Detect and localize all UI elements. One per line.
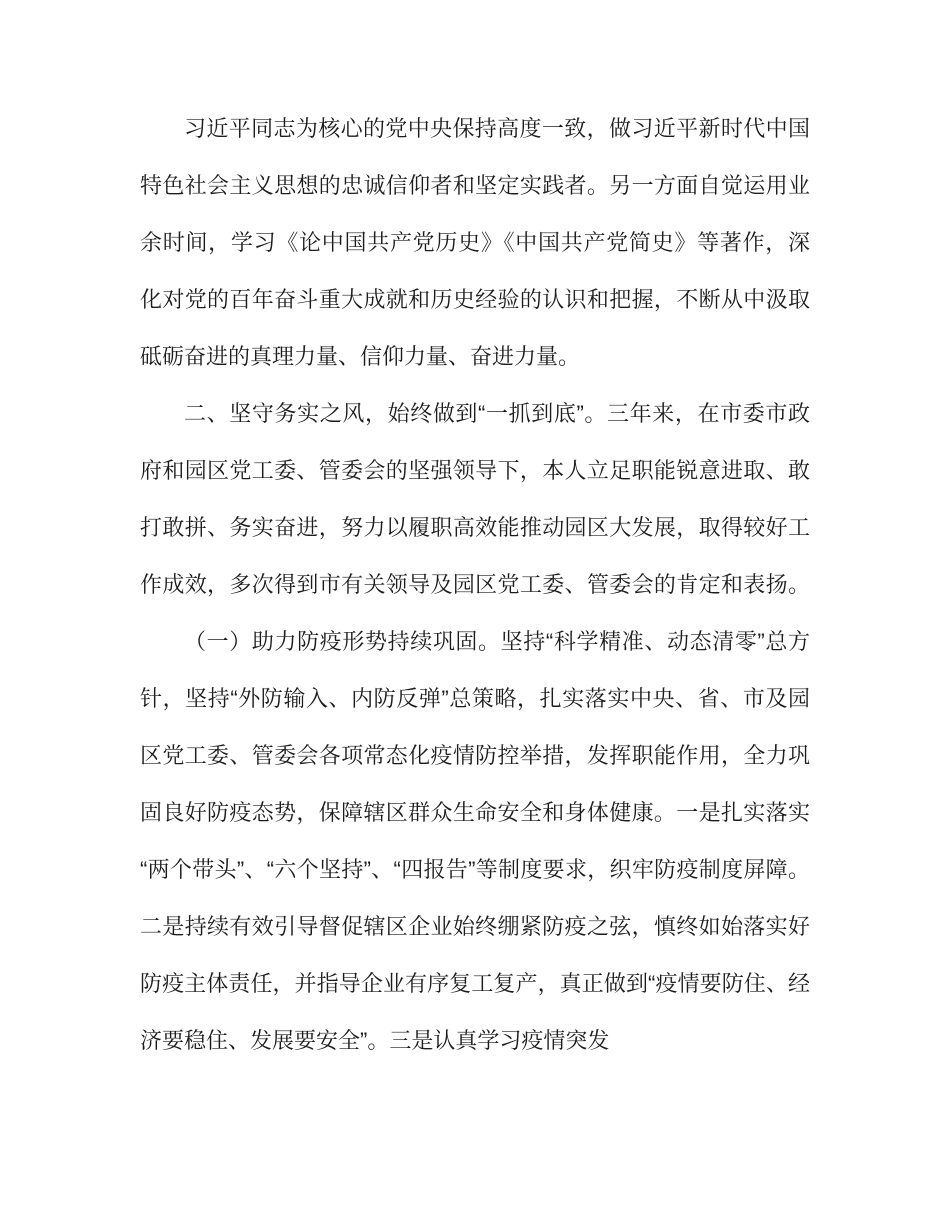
text-line: 余时间，学习《论中国共产党历史》《中国共产党简史》等著作，深 bbox=[140, 214, 810, 271]
text-line: 固良好防疫态势，保障辖区群众生命安全和身体健康。一是扎实落实 bbox=[140, 784, 810, 841]
text-line: 济要稳住、发展要安全”。三是认真学习疫情突发 bbox=[140, 1012, 810, 1069]
text-line: 防疫主体责任，并指导企业有序复工复产，真正做到“疫情要防住、经 bbox=[140, 955, 810, 1012]
text-line: 二、坚守务实之风，始终做到“一抓到底”。三年来，在市委市政 bbox=[140, 385, 810, 442]
text-line: 府和园区党工委、管委会的坚强领导下，本人立足职能锐意进取、敢 bbox=[140, 442, 810, 499]
text-line: 区党工委、管委会各项常态化疫情防控举措，发挥职能作用，全力巩 bbox=[140, 727, 810, 784]
text-line: （一）助力防疫形势持续巩固。坚持“科学精准、动态清零”总方 bbox=[140, 613, 810, 670]
document-page: 习近平同志为核心的党中央保持高度一致，做习近平新时代中国 特色社会主义思想的忠诚… bbox=[0, 0, 950, 1230]
text-line: 习近平同志为核心的党中央保持高度一致，做习近平新时代中国 bbox=[140, 100, 810, 157]
text-line: 针，坚持“外防输入、内防反弹”总策略，扎实落实中央、省、市及园 bbox=[140, 670, 810, 727]
text-line: 化对党的百年奋斗重大成就和历史经验的认识和把握，不断从中汲取 bbox=[140, 271, 810, 328]
text-line: 打敢拼、务实奋进，努力以履职高效能推动园区大发展，取得较好工 bbox=[140, 499, 810, 556]
text-line: 二是持续有效引导督促辖区企业始终绷紧防疫之弦，慎终如始落实好 bbox=[140, 898, 810, 955]
text-line: “两个带头”、“六个坚持”、“四报告”等制度要求，织牢防疫制度屏障。 bbox=[140, 841, 810, 898]
document-text-block: 习近平同志为核心的党中央保持高度一致，做习近平新时代中国 特色社会主义思想的忠诚… bbox=[0, 0, 950, 1069]
text-line: 特色社会主义思想的忠诚信仰者和坚定实践者。另一方面自觉运用业 bbox=[140, 157, 810, 214]
text-line: 作成效，多次得到市有关领导及园区党工委、管委会的肯定和表扬。 bbox=[140, 556, 810, 613]
text-line: 砥砺奋进的真理力量、信仰力量、奋进力量。 bbox=[140, 328, 810, 385]
